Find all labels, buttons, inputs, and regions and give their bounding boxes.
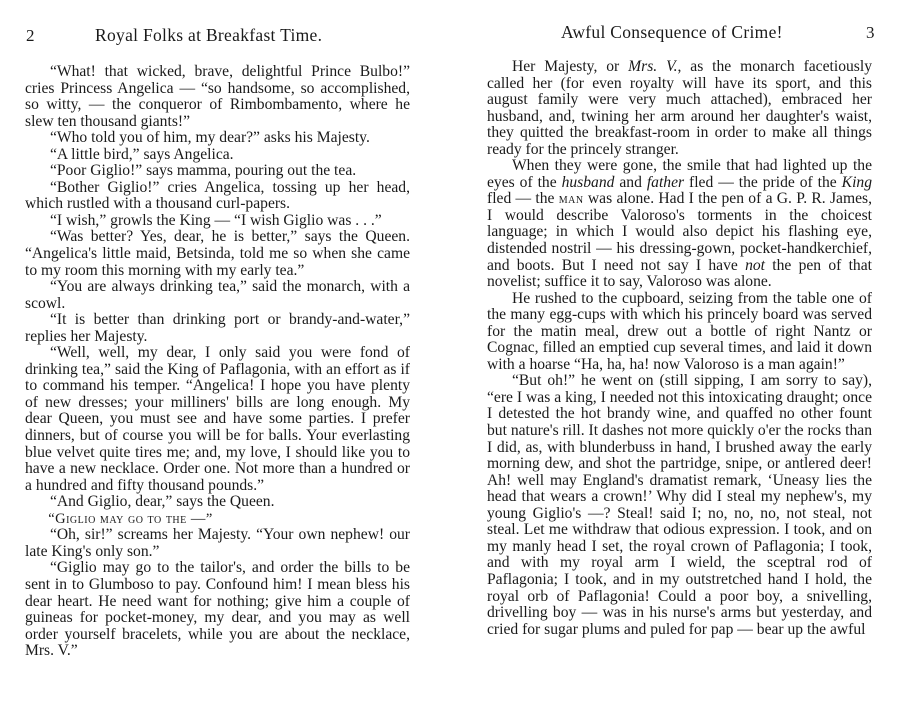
text-run: fled — the pride of the	[684, 174, 842, 191]
italic-text: husband	[562, 174, 615, 191]
paragraph: “Well, well, my dear, I only said you we…	[25, 345, 410, 494]
page-number: 2	[26, 26, 35, 46]
text-run: Her Majesty, or	[512, 58, 628, 75]
paragraph: “You are always drinking tea,” said the …	[25, 279, 410, 312]
running-head: Awful Consequence of Crime!	[561, 22, 783, 43]
paragraph: Her Majesty, or Mrs. V., as the monarch …	[487, 59, 872, 158]
paragraph: “Bother Giglio!” cries Angelica, tossing…	[25, 180, 410, 213]
paragraph: “But oh!” he went on (still sipping, I a…	[487, 373, 872, 638]
italic-text: King	[842, 174, 872, 191]
italic-text: not	[745, 257, 765, 274]
paragraph: “Was better? Yes, dear, he is better,” s…	[25, 229, 410, 279]
paragraph: “I wish,” growls the King — “I wish Gigl…	[25, 213, 410, 230]
running-head: Royal Folks at Breakfast Time.	[95, 25, 322, 46]
body-text: “What! that wicked, brave, delightful Pr…	[25, 64, 410, 660]
page-number: 3	[866, 23, 875, 43]
text-run: fled — the	[487, 190, 559, 207]
paragraph-smallcaps: “Giglio may go to the —”	[25, 511, 410, 528]
paragraph: “What! that wicked, brave, delightful Pr…	[25, 64, 410, 130]
paragraph: “Oh, sir!” screams her Majesty. “Your ow…	[25, 527, 410, 560]
paragraph: “And Giglio, dear,” says the Queen.	[25, 494, 410, 511]
paragraph: When they were gone, the smile that had …	[487, 158, 872, 290]
smallcaps-text: man	[559, 191, 584, 207]
left-page: 2 Royal Folks at Breakfast Time. “What! …	[0, 0, 450, 715]
italic-text: Mrs. V.	[628, 58, 677, 75]
text-run: and	[614, 174, 646, 191]
italic-text: father	[647, 174, 684, 191]
paragraph: He rushed to the cupboard, seizing from …	[487, 291, 872, 374]
paragraph: “A little bird,” says Angelica.	[25, 147, 410, 164]
paragraph: “Poor Giglio!” says mamma, pouring out t…	[25, 163, 410, 180]
right-page: Awful Consequence of Crime! 3 Her Majest…	[450, 0, 902, 715]
body-text: Her Majesty, or Mrs. V., as the monarch …	[487, 59, 872, 638]
paragraph: “It is better than drinking port or bran…	[25, 312, 410, 345]
paragraph: “Giglio may go to the tailor's, and orde…	[25, 560, 410, 659]
paragraph: “Who told you of him, my dear?” asks his…	[25, 130, 410, 147]
